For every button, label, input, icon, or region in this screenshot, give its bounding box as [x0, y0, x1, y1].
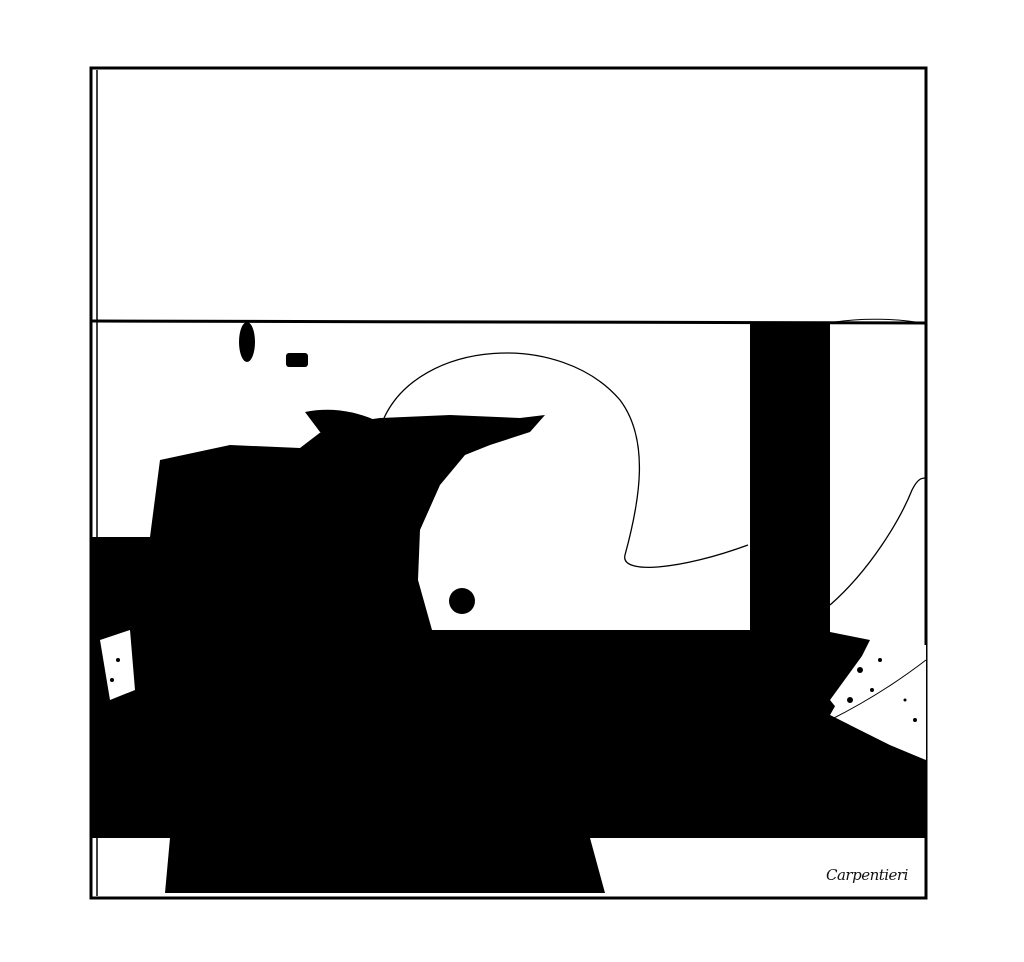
artwork-canvas [0, 0, 1024, 962]
thin-curve [830, 478, 926, 605]
black-lower-band [91, 323, 926, 893]
drip-mark [286, 353, 308, 367]
horizontal-divider [91, 321, 926, 323]
drip-mark [239, 322, 255, 362]
artist-signature: Carpentieri [826, 866, 908, 884]
black-dot [449, 588, 475, 614]
